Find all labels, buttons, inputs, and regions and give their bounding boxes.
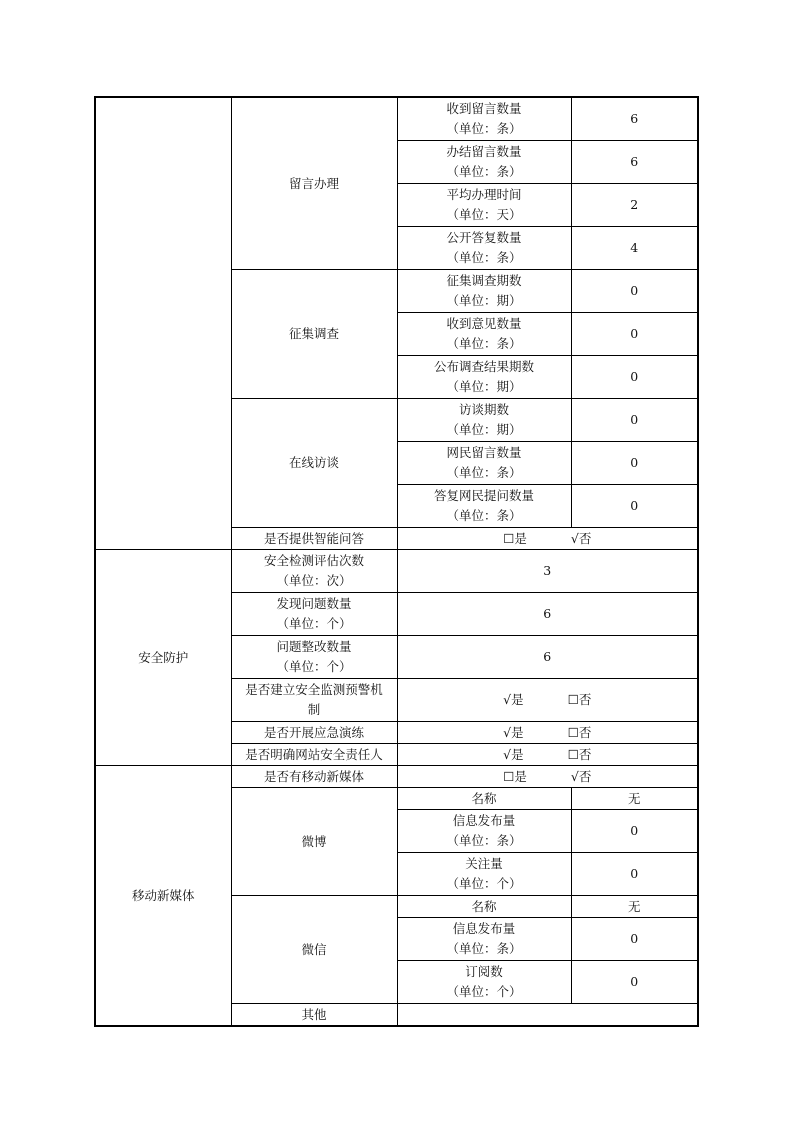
option-yes[interactable]: ☐是: [503, 529, 527, 549]
item-value: 0: [571, 485, 698, 528]
item-value: 0: [571, 442, 698, 485]
option-yes[interactable]: ☐是: [503, 767, 527, 787]
check-label: 是否开展应急演练: [231, 722, 397, 744]
item-label: 信息发布量（单位：条）: [397, 918, 571, 961]
item-label: 关注量（单位：个）: [397, 853, 571, 896]
item-value: 0: [571, 356, 698, 399]
other-label: 其他: [231, 1004, 397, 1027]
section-cell-interaction-continued: [95, 97, 231, 550]
smart-qa-options: ☐是√否: [397, 528, 698, 550]
smart-qa-label: 是否提供智能问答: [231, 528, 397, 550]
option-yes[interactable]: √是: [503, 723, 523, 743]
item-label: 问题整改数量（单位：个）: [231, 636, 397, 679]
check-options: √是☐否: [397, 679, 698, 722]
item-label: 访谈期数（单位：期）: [397, 399, 571, 442]
item-label: 平均办理时间（单位：天）: [397, 184, 571, 227]
option-yes[interactable]: √是: [503, 690, 523, 710]
item-label: 公开答复数量（单位：条）: [397, 227, 571, 270]
item-label: 安全检测评估次数（单位：次）: [231, 550, 397, 593]
item-value: 0: [571, 961, 698, 1004]
item-label: 公布调查结果期数（单位：期）: [397, 356, 571, 399]
item-value: 6: [397, 593, 698, 636]
section-label-security: 安全防护: [95, 550, 231, 766]
group-label-interview: 在线访谈: [231, 399, 397, 528]
check-options: √是☐否: [397, 722, 698, 744]
table-row: 移动新媒体 是否有移动新媒体 ☐是√否: [95, 766, 698, 788]
item-label: 网民留言数量（单位：条）: [397, 442, 571, 485]
item-label: 收到留言数量（单位：条）: [397, 97, 571, 141]
has-mobile-options: ☐是√否: [397, 766, 698, 788]
group-label-wechat: 微信: [231, 896, 397, 1004]
table-row: 安全防护 安全检测评估次数（单位：次） 3: [95, 550, 698, 593]
weibo-name-value: 无: [571, 788, 698, 810]
item-value: 6: [397, 636, 698, 679]
group-label-survey: 征集调查: [231, 270, 397, 399]
option-yes[interactable]: √是: [503, 745, 523, 765]
group-label-message-handling: 留言办理: [231, 97, 397, 270]
item-value: 2: [571, 184, 698, 227]
has-mobile-label: 是否有移动新媒体: [231, 766, 397, 788]
item-value: 4: [571, 227, 698, 270]
item-value: 0: [571, 810, 698, 853]
check-label: 是否建立安全监测预警机制: [231, 679, 397, 722]
item-value: 0: [571, 270, 698, 313]
check-options: √是☐否: [397, 744, 698, 766]
item-label: 办结留言数量（单位：条）: [397, 141, 571, 184]
other-value: [397, 1004, 698, 1027]
wechat-name-value: 无: [571, 896, 698, 918]
option-no[interactable]: ☐否: [568, 745, 592, 765]
table-row: 留言办理 收到留言数量（单位：条） 6: [95, 97, 698, 141]
item-value: 0: [571, 399, 698, 442]
item-label: 答复网民提问数量（单位：条）: [397, 485, 571, 528]
item-label: 信息发布量（单位：条）: [397, 810, 571, 853]
option-no[interactable]: ☐否: [568, 690, 592, 710]
option-no[interactable]: √否: [571, 767, 591, 787]
item-label: 发现问题数量（单位：个）: [231, 593, 397, 636]
item-value: 0: [571, 313, 698, 356]
item-value: 6: [571, 97, 698, 141]
item-label: 收到意见数量（单位：条）: [397, 313, 571, 356]
section-label-mobile: 移动新媒体: [95, 766, 231, 1027]
option-no[interactable]: ☐否: [568, 723, 592, 743]
item-value: 0: [571, 853, 698, 896]
group-label-weibo: 微博: [231, 788, 397, 896]
check-label: 是否明确网站安全责任人: [231, 744, 397, 766]
item-label: 征集调查期数（单位：期）: [397, 270, 571, 313]
item-value: 6: [571, 141, 698, 184]
option-no[interactable]: √否: [571, 529, 591, 549]
report-table: 留言办理 收到留言数量（单位：条） 6 办结留言数量（单位：条） 6 平均办理时…: [94, 96, 699, 1027]
item-value: 0: [571, 918, 698, 961]
wechat-name-label: 名称: [397, 896, 571, 918]
item-label: 订阅数（单位：个）: [397, 961, 571, 1004]
item-value: 3: [397, 550, 698, 593]
weibo-name-label: 名称: [397, 788, 571, 810]
